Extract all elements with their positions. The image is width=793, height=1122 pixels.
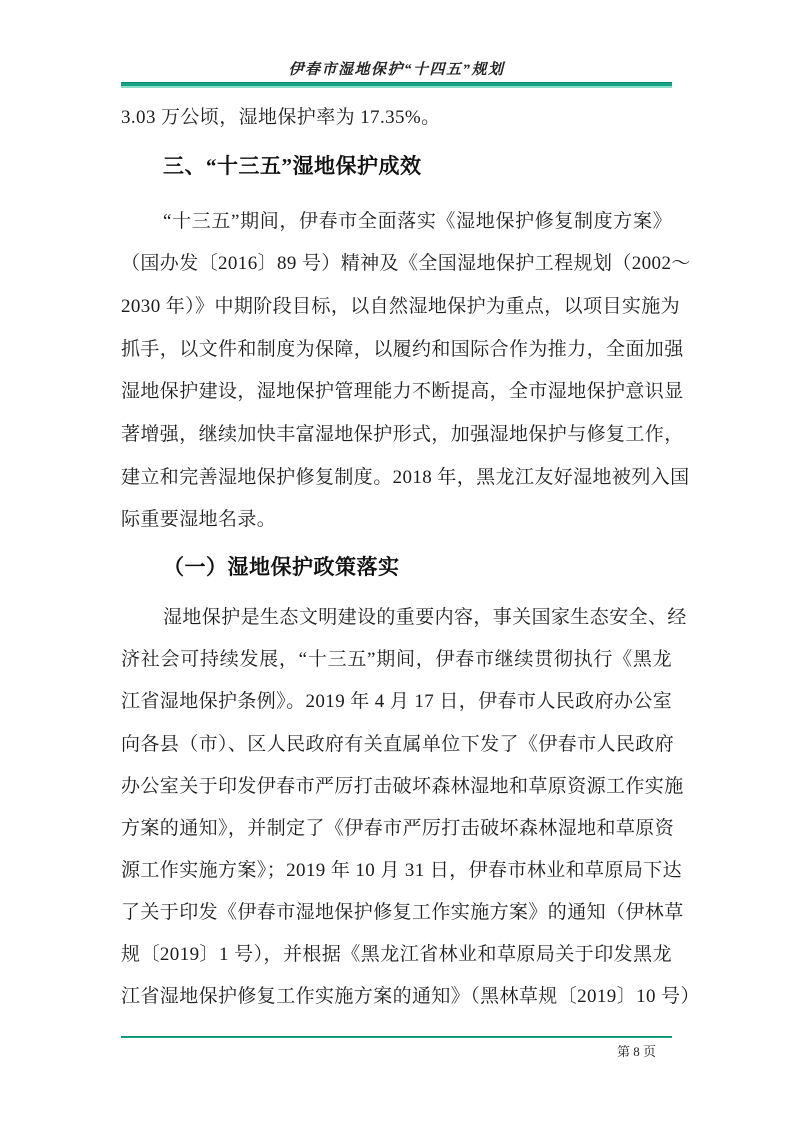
- paragraph-line: 江省湿地保护修复工作实施方案的通知》（黑林草规〔2019〕10 号）: [121, 983, 672, 1013]
- paragraph-line: 办公室关于印发伊春市严厉打击破坏森林湿地和草原资源工作实施: [121, 773, 672, 803]
- paragraph-line: 方案的通知》，并制定了《伊春市严厉打击破坏森林湿地和草原资: [121, 815, 672, 845]
- paragraph-line: 了关于印发《伊春市湿地保护修复工作实施方案》的通知（伊林草: [121, 899, 672, 929]
- paragraph-line: 济社会可持续发展，“十三五”期间，伊春市继续贯彻执行《黑龙: [121, 646, 672, 676]
- paragraph-line: 建立和完善湿地保护修复制度。2018 年，黑龙江友好湿地被列入国: [121, 464, 672, 494]
- paragraph-line: 规〔2019〕1 号），并根据《黑龙江省林业和草原局关于印发黑龙: [121, 941, 672, 971]
- intro-line: 3.03 万公顷，湿地保护率为 17.35%。: [121, 104, 672, 134]
- subsection-heading: （一）湿地保护政策落实: [163, 551, 400, 581]
- footer-rule-divider: [121, 1036, 672, 1038]
- paragraph-line: 际重要湿地名录。: [121, 506, 672, 536]
- paragraph-line: （国办发〔2016〕89 号）精神及《全国湿地保护工程规划（2002～: [121, 250, 672, 280]
- paragraph-line: 著增强，继续加快丰富湿地保护形式，加强湿地保护与修复工作，: [121, 421, 672, 451]
- page-header-title: 伊春市湿地保护“十四五”规划: [121, 58, 672, 79]
- paragraph-line: 湿地保护建设，湿地保护管理能力不断提高，全市湿地保护意识显: [121, 378, 672, 408]
- paragraph-line: 湿地保护是生态文明建设的重要内容，事关国家生态安全、经: [121, 604, 672, 634]
- document-page: 伊春市湿地保护“十四五”规划 3.03 万公顷，湿地保护率为 17.35%。 三…: [0, 0, 793, 1122]
- page-number: 第 8 页: [121, 1041, 672, 1060]
- paragraph-line: 江省湿地保护条例》。2019 年 4 月 17 日，伊春市人民政府办公室: [121, 688, 672, 718]
- paragraph-line: 2030 年）》中期阶段目标，以自然湿地保护为重点，以项目实施为: [121, 293, 672, 323]
- paragraph-line: 抓手，以文件和制度为保障，以履约和国际合作为推力，全面加强: [121, 336, 672, 366]
- paragraph-line: “十三五”期间，伊春市全面落实《湿地保护修复制度方案》: [121, 208, 672, 238]
- section-heading: 三、“十三五”湿地保护成效: [163, 150, 422, 180]
- paragraph-line: 向各县（市）、区人民政府有关直属单位下发了《伊春市人民政府: [121, 731, 672, 761]
- paragraph-line: 源工作实施方案》；2019 年 10 月 31 日，伊春市林业和草原局下达: [121, 857, 672, 887]
- header-rule-divider: [121, 82, 672, 88]
